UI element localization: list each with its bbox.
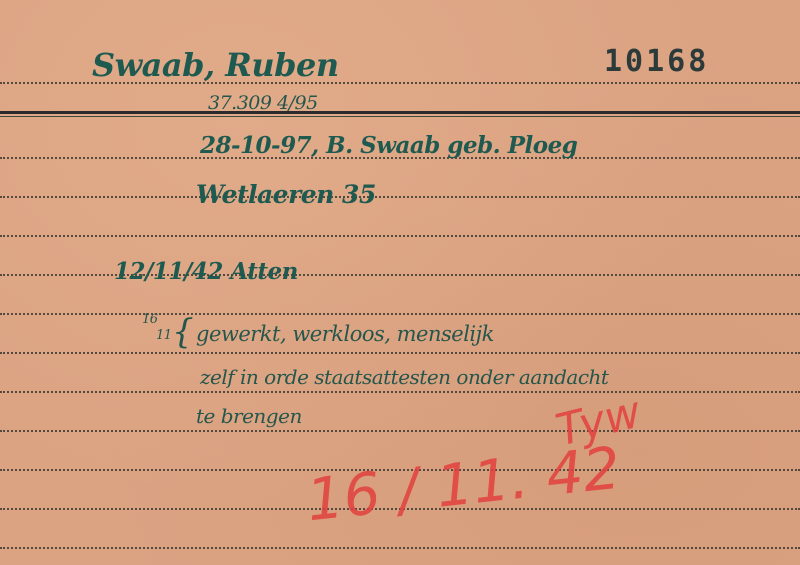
dotted-rule bbox=[0, 313, 800, 315]
note-line-1: gewerkt, werkloos, menselijk bbox=[196, 322, 494, 346]
red-pencil-initials: Tyw bbox=[551, 386, 646, 456]
dotted-rule bbox=[0, 547, 800, 549]
dotted-rule bbox=[0, 196, 800, 198]
person-name: Swaab, Ruben bbox=[92, 46, 339, 84]
note-line-2: zelf in orde staatsattesten onder aandac… bbox=[200, 365, 608, 389]
dotted-rule bbox=[0, 430, 800, 432]
birth-and-spouse-line: 28-10-97, B. Swaab geb. Ploeg bbox=[200, 132, 577, 159]
header-double-rule bbox=[0, 111, 800, 114]
note-date-day: 16 bbox=[142, 312, 158, 327]
reference-numbers: 37.309 4/95 bbox=[208, 92, 318, 114]
dotted-rule bbox=[0, 235, 800, 237]
note-date-month: 11 bbox=[156, 328, 172, 343]
header-double-rule-thin bbox=[0, 116, 800, 117]
archive-index-card: 10168 Swaab, Ruben 37.309 4/95 28-10-97,… bbox=[0, 0, 800, 565]
entry-date-line: 12/11/42 Atten bbox=[114, 258, 298, 285]
address-line: Wetlaeren 35 bbox=[196, 180, 376, 209]
note-line-3: te brengen bbox=[196, 404, 302, 428]
note-brace: { bbox=[172, 312, 193, 352]
dotted-rule bbox=[0, 352, 800, 354]
dotted-rule bbox=[0, 391, 800, 393]
card-number-stamp: 10168 bbox=[604, 44, 709, 79]
